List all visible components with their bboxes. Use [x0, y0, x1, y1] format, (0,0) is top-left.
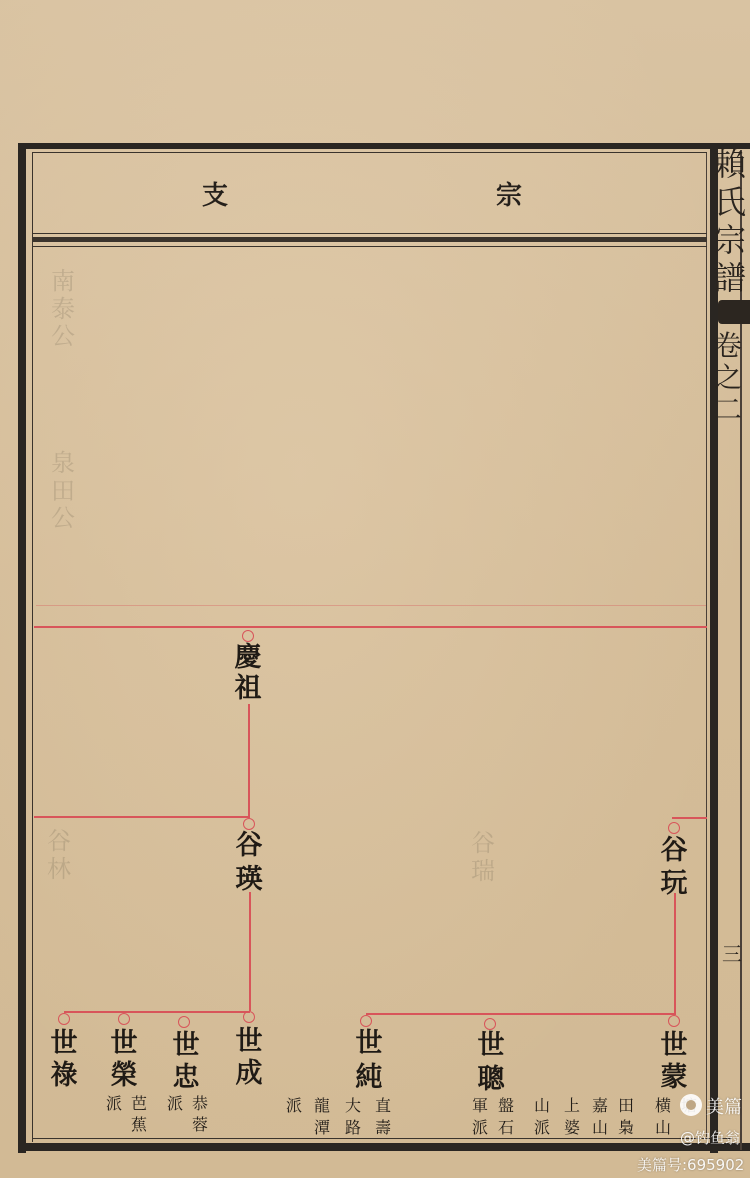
node-circle	[484, 1018, 496, 1030]
branch-note-char: 芭	[130, 1096, 148, 1112]
spine-title-char: 賴	[714, 148, 750, 180]
header-bottom-line	[32, 233, 707, 234]
person-name-char: 慶	[231, 644, 265, 671]
sibling-connector-left	[64, 1011, 250, 1013]
watermark-id: 美篇号:695902	[637, 1154, 744, 1175]
branch-note-char: 上	[563, 1098, 581, 1114]
fishtail-mark-icon	[718, 300, 750, 324]
bleed-through-text: 谷瑞	[468, 830, 498, 885]
branch-note-char: 嘉	[591, 1098, 609, 1114]
person-name-char: 成	[232, 1060, 266, 1087]
header-label-zong: 宗	[496, 175, 522, 212]
branch-note-char: 盤	[497, 1098, 515, 1114]
spine-title-char: 譜	[714, 262, 750, 294]
branch-note-char: 恭	[191, 1096, 209, 1112]
spine-title-char: 氏	[714, 186, 750, 218]
node-circle	[118, 1013, 130, 1025]
person-name-char: 世	[474, 1032, 508, 1059]
header-top-line	[32, 152, 707, 153]
branch-note-char: 派	[471, 1120, 489, 1136]
branch-note-char: 婆	[563, 1120, 581, 1136]
person-name-char: 祖	[231, 675, 265, 702]
header-band-lower-line	[32, 246, 707, 247]
person-name-char: 世	[352, 1030, 386, 1057]
node-circle	[58, 1013, 70, 1025]
branch-note-char: 派	[285, 1098, 303, 1114]
branch-note-char: 軍	[471, 1098, 489, 1114]
watermark-brand: 美篇	[706, 1093, 742, 1119]
branch-note-char: 大	[344, 1098, 362, 1114]
branch-note-char: 梟	[617, 1120, 635, 1136]
node-circle	[178, 1016, 190, 1028]
branch-note-char: 直	[374, 1098, 392, 1114]
node-circle	[360, 1015, 372, 1027]
frame-bottom-border	[18, 1143, 750, 1151]
frame-right-inner-line	[706, 152, 707, 1137]
lineage-line	[249, 892, 251, 1011]
person-name-char: 谷	[232, 832, 266, 859]
person-name-char: 祿	[47, 1062, 81, 1089]
generation-2-rule-left	[34, 816, 250, 818]
header-band	[32, 237, 707, 242]
branch-note-char: 山	[654, 1120, 672, 1136]
person-name-char: 世	[47, 1030, 81, 1057]
generation-2-rule-right	[672, 817, 707, 819]
branch-note-char: 山	[533, 1098, 551, 1114]
person-name-char: 蒙	[657, 1064, 691, 1091]
frame-top-border	[20, 143, 750, 149]
person-name-char: 忠	[169, 1064, 203, 1091]
branch-note-char: 壽	[374, 1120, 392, 1136]
header-label-zhi: 支	[202, 175, 228, 212]
branch-note-char: 田	[617, 1098, 635, 1114]
frame-left-border	[18, 143, 26, 1153]
branch-note-char: 龍	[313, 1098, 331, 1114]
watermark-author: @钓鱼翁	[680, 1127, 740, 1148]
branch-note-char: 蕉	[130, 1117, 148, 1133]
person-name-char: 世	[107, 1030, 141, 1057]
person-name-char: 聰	[474, 1066, 508, 1093]
sibling-connector-right	[366, 1013, 675, 1015]
frame-left-inner-line	[32, 152, 33, 1142]
branch-note-char: 潭	[313, 1120, 331, 1136]
node-circle	[243, 1011, 255, 1023]
person-name-char: 瑛	[232, 866, 266, 893]
lineage-line	[248, 704, 250, 817]
person-name-char: 世	[169, 1032, 203, 1059]
meipian-logo-icon-inner	[686, 1100, 696, 1110]
branch-note-char: 蓉	[191, 1117, 209, 1133]
page-number: 三	[722, 938, 742, 967]
person-name-char: 谷	[657, 837, 691, 864]
spine-volume-char: 卷	[714, 332, 750, 360]
branch-note-char: 派	[533, 1120, 551, 1136]
branch-note-char: 山	[591, 1120, 609, 1136]
spine-title-char: 宗	[714, 224, 750, 256]
person-name-char: 純	[352, 1064, 386, 1091]
person-name-char: 榮	[107, 1062, 141, 1089]
node-circle	[242, 630, 254, 642]
generation-1-rule	[34, 626, 707, 628]
spine-volume-char: 之	[714, 364, 750, 392]
node-circle	[243, 818, 255, 830]
lineage-line	[674, 893, 676, 1015]
branch-note-char: 路	[344, 1120, 362, 1136]
bleed-through-text: 南泰公	[48, 268, 78, 351]
person-name-char: 世	[232, 1028, 266, 1055]
faint-ruling-line	[36, 605, 706, 606]
node-circle	[668, 822, 680, 834]
spine-volume-char: 二	[714, 396, 750, 424]
paper-background	[0, 0, 750, 1178]
branch-note-char: 石	[497, 1120, 515, 1136]
branch-note-char: 派	[105, 1096, 123, 1112]
bleed-through-text: 谷林	[44, 828, 74, 883]
branch-note-char: 派	[166, 1096, 184, 1112]
person-name-char: 世	[657, 1032, 691, 1059]
branch-note-char: 横	[654, 1098, 672, 1114]
frame-bottom-inner-line	[32, 1138, 732, 1139]
node-circle	[668, 1015, 680, 1027]
bleed-through-text: 泉田公	[48, 450, 78, 533]
